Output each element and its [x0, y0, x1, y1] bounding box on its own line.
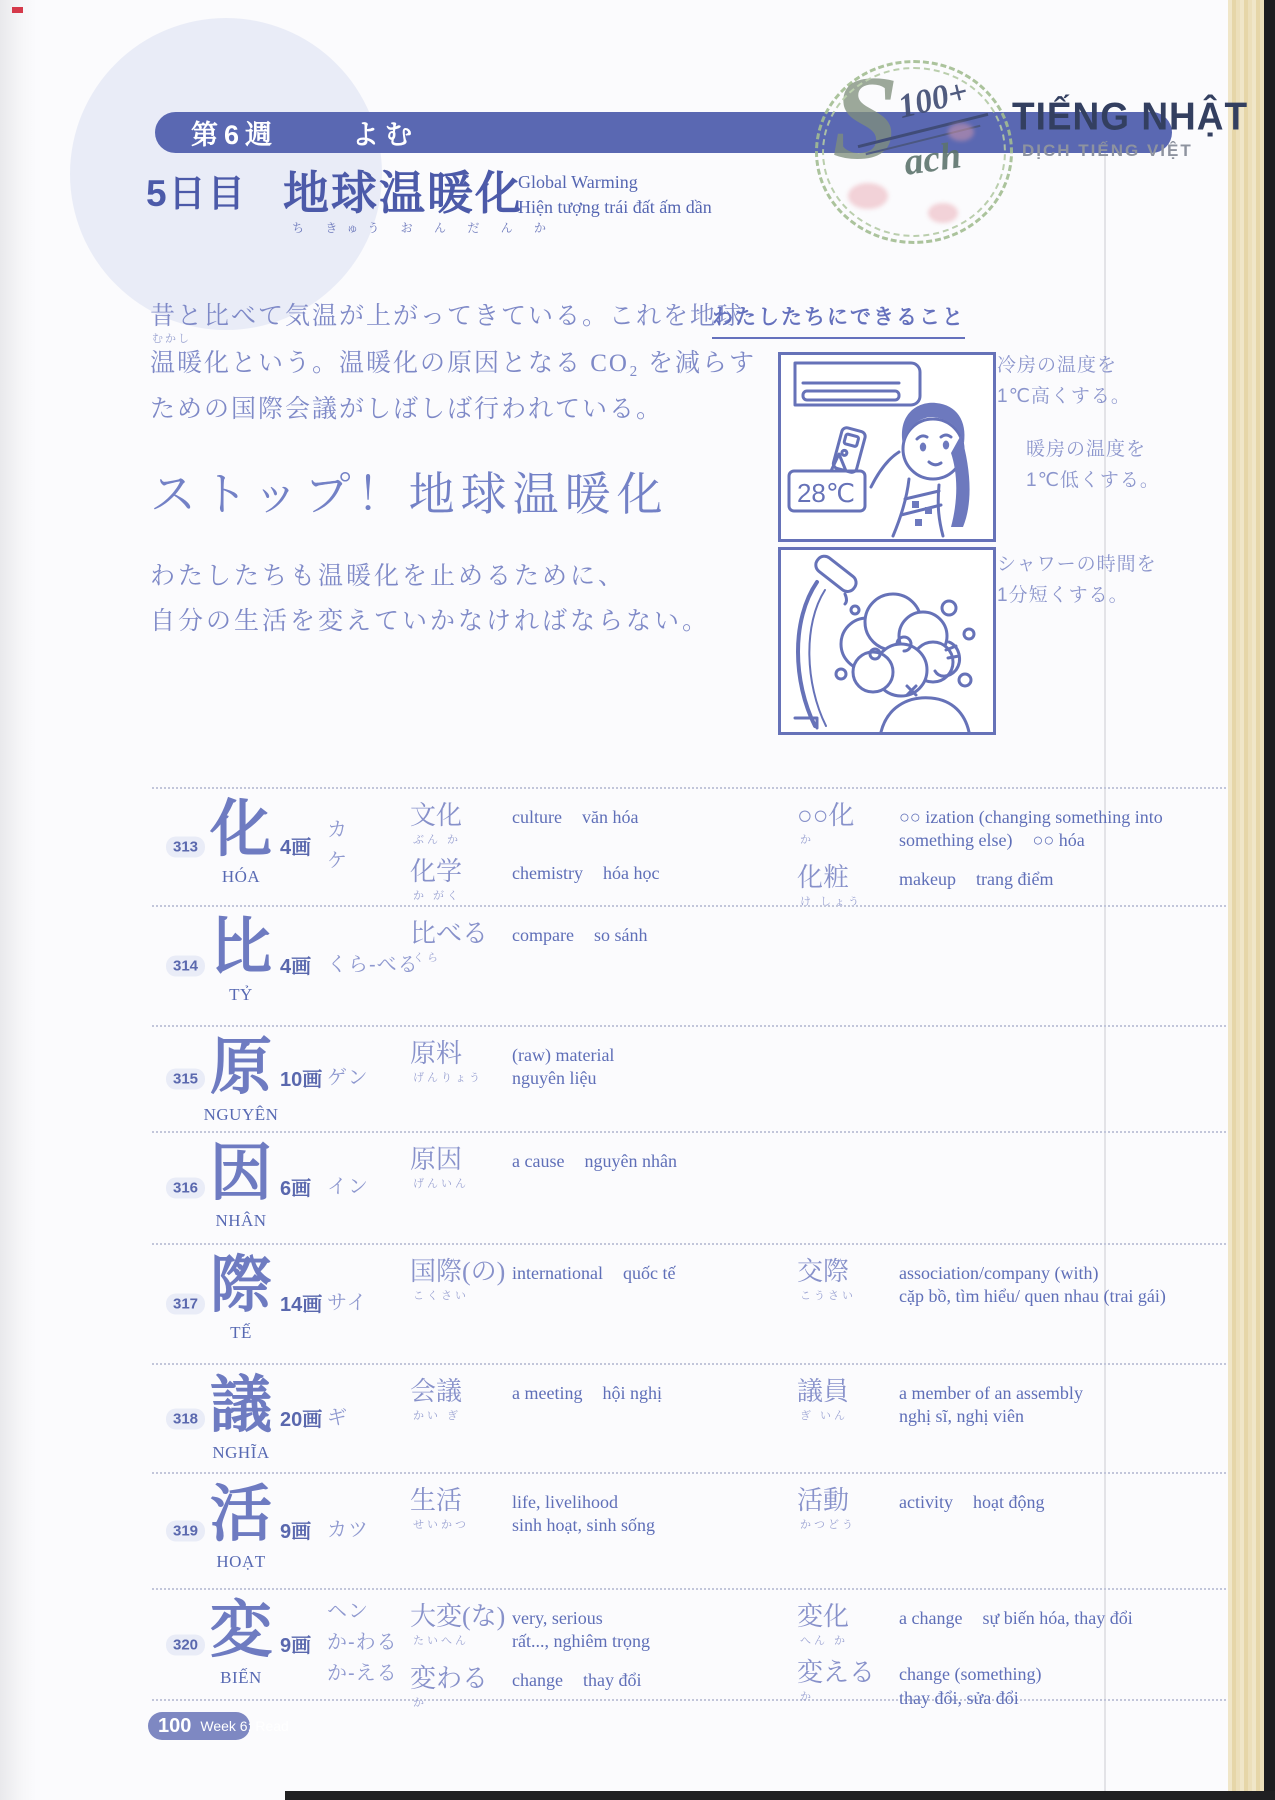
vocab-column: ○○化か○○ ization (changing something into … — [797, 801, 1230, 909]
stamp-s-letter: S — [832, 49, 899, 187]
vocab-word: 化粧 — [797, 863, 899, 892]
vocab-column: 文化ぶん かculturevăn hóa化学か がくchemistryhóa h… — [410, 801, 796, 903]
tip-shower: シャワーの時間を 1分短くする。 — [997, 549, 1157, 611]
vocab-meaning: compareso sánh — [512, 919, 796, 965]
vocab-furigana: ぶん か — [410, 831, 512, 847]
vocab-meaning-en: culture — [512, 807, 562, 827]
kanji-hanviet: BIẾN — [188, 1668, 294, 1688]
vocab-meaning: internationalquốc tế — [512, 1257, 796, 1303]
kanji-readings: くら-べる — [327, 950, 419, 981]
vocab-meaning-vi: nguyên liệu — [512, 1067, 796, 1090]
intro-line-1: 昔と比べて気温が上がってきている。これを地球 — [150, 296, 744, 332]
kanji-stroke-count: 4画 — [280, 950, 311, 979]
vocab-word: ○○化 — [797, 801, 899, 830]
tip-heating-line1: 暖房の温度を — [1026, 434, 1160, 465]
section-label: よむ — [352, 113, 418, 152]
vocab-column: 会議かい ぎa meetinghội nghị — [410, 1377, 796, 1423]
vocab-word-block: 活動かつどう — [797, 1486, 899, 1532]
vocab-furigana: かつどう — [797, 1516, 899, 1532]
tip-cooling-line1: 冷房の温度を — [997, 350, 1131, 381]
kanji-hanviet: HÓA — [188, 867, 294, 887]
vocab-column: 交際こうさいassociation/company (with)cặp bồ, … — [797, 1257, 1230, 1309]
vocab-entry: 国際(の)こくさいinternationalquốc tế — [410, 1257, 796, 1303]
kanji-row: 319活HOẠT9画カツ生活せいかつlife, livelihoodsinh h… — [152, 1472, 1230, 1588]
vocab-meaning-vi: sinh hoạt, sinh sống — [512, 1514, 796, 1537]
kanji-stroke-count: 20画 — [280, 1403, 322, 1432]
intro-line-5: 自分の生活を変えていかなければならない。 — [150, 601, 710, 637]
vocab-word-block: 文化ぶん か — [410, 801, 512, 847]
page-title-vietnamese: Hiện tượng trái đất ấm dần — [518, 197, 712, 218]
vocab-furigana: げんりょう — [410, 1069, 512, 1085]
vocab-furigana: へん か — [797, 1632, 899, 1648]
kanji-reading: カ — [327, 815, 348, 846]
vocab-word-block: 変えるか — [797, 1658, 899, 1710]
vocab-column: 大変(な)たいへんvery, seriousrất..., nghiêm trọ… — [410, 1602, 796, 1710]
intro-line-4: わたしたちも温暖化を止めるために、 — [150, 556, 626, 592]
kanji-stroke-count: 9画 — [280, 1629, 311, 1658]
vocab-meaning-en: ○○ ization (changing something into some… — [899, 807, 1163, 850]
kanji-reading: カツ — [327, 1515, 369, 1546]
vocab-entry: 大変(な)たいへんvery, seriousrất..., nghiêm trọ… — [410, 1602, 796, 1654]
vocab-word-block: 変化へん か — [797, 1602, 899, 1648]
vocab-meaning-en: international — [512, 1263, 603, 1283]
kanji-stroke-count: 6画 — [280, 1172, 311, 1201]
vocab-entry: 変えるかchange (something)thay đổi, sửa đổi — [797, 1658, 1230, 1710]
vocab-word: 交際 — [797, 1257, 899, 1286]
vocab-meaning: (raw) materialnguyên liệu — [512, 1039, 796, 1091]
vocab-word: 原料 — [410, 1039, 512, 1068]
vocab-word-block: 国際(の)こくさい — [410, 1257, 512, 1303]
vocab-meaning: a meetinghội nghị — [512, 1377, 796, 1423]
vocab-meaning-en: makeup — [899, 869, 956, 889]
vocab-meaning-vi: ○○ hóa — [1032, 830, 1084, 850]
vocab-meaning-en: (raw) material — [512, 1044, 796, 1067]
vocab-word: 変わる — [410, 1664, 512, 1693]
vocab-furigana: かい ぎ — [410, 1407, 512, 1423]
scan-red-mark — [12, 7, 23, 13]
vocab-meaning: culturevăn hóa — [512, 801, 796, 847]
vocab-furigana: ぎ いん — [797, 1407, 899, 1423]
shower-illustration-box — [778, 547, 996, 735]
vocab-entry: 化学か がくchemistryhóa học — [410, 857, 796, 903]
vocab-word-block: 化学か がく — [410, 857, 512, 903]
footer-week-label: Week 6: Read — [200, 1718, 288, 1734]
vocab-word-block: 議員ぎ いん — [797, 1377, 899, 1429]
vocab-meaning-en: activity — [899, 1492, 953, 1512]
intro-line-2: 温暖化という。温暖化の原因となる CO₂ を減らす — [150, 343, 756, 379]
day-label: 5日目 — [146, 163, 247, 217]
kanji-glyph: 活 — [188, 1479, 294, 1552]
vocab-meaning: chemistryhóa học — [512, 857, 796, 903]
kanji-block: 変BIẾN — [188, 1595, 294, 1688]
vocab-meaning: association/company (with)cặp bồ, tìm hi… — [899, 1257, 1230, 1309]
vocab-word-block: 原料げんりょう — [410, 1039, 512, 1091]
vocab-word: 比べる — [410, 919, 512, 948]
kanji-readings: ヘンか-わるか-える — [327, 1596, 398, 1689]
kanji-readings: カツ — [327, 1515, 369, 1546]
vocab-word: 化学 — [410, 857, 512, 886]
vocab-entry: 活動かつどうactivityhoạt động — [797, 1486, 1230, 1532]
kanji-readings: ギ — [327, 1402, 348, 1433]
aircon-temperature-label: 28℃ — [797, 478, 855, 508]
vocab-entry: ○○化か○○ ization (changing something into … — [797, 801, 1230, 853]
tips-heading: わたしたちにできること — [712, 301, 965, 339]
vocab-meaning: changethay đổi — [512, 1664, 796, 1710]
vocab-word-block: 原因げんいん — [410, 1145, 512, 1191]
book-page: 第6週 よむ 5日目 地球温暖化 ち きゅう お ん だ ん か Global … — [0, 0, 1275, 1800]
vocab-entry: 比べるくらcompareso sánh — [410, 919, 796, 965]
vocab-entry: 生活せいかつlife, livelihoodsinh hoạt, sinh số… — [410, 1486, 796, 1538]
kanji-readings: イン — [327, 1172, 369, 1203]
vocab-word: 活動 — [797, 1486, 899, 1515]
vocab-meaning-en: life, livelihood — [512, 1491, 796, 1514]
vocab-meaning: a changesự biến hóa, thay đổi — [899, 1602, 1230, 1648]
vocab-meaning-en: a cause — [512, 1151, 564, 1171]
vocab-column: 原因げんいんa causenguyên nhân — [410, 1145, 796, 1191]
vocab-word-block: ○○化か — [797, 801, 899, 853]
kanji-row: 318議NGHĨA20画ギ会議かい ぎa meetinghội nghị議員ぎ … — [152, 1363, 1230, 1472]
stamp-speckle — [928, 203, 958, 223]
vocab-entry: 変化へん かa changesự biến hóa, thay đổi — [797, 1602, 1230, 1648]
vocab-meaning-en: compare — [512, 925, 574, 945]
page-title-furigana: ち きゅう お ん だ ん か — [292, 219, 555, 236]
stamp-strike-line-2 — [866, 125, 981, 155]
stamp-script-text: ach — [901, 133, 964, 185]
tip-cooling-line2: 1℃高くする。 — [997, 381, 1131, 412]
kanji-hanviet: HOẠT — [188, 1552, 294, 1572]
vocab-furigana: たいへん — [410, 1632, 512, 1648]
stamp-strike-line — [858, 113, 989, 148]
kanji-reading: くら-べる — [327, 950, 419, 981]
vocab-meaning-en: association/company (with) — [899, 1262, 1230, 1285]
kanji-glyph: 比 — [188, 912, 294, 985]
page-title: 地球温暖化 — [283, 157, 523, 223]
kanji-hanviet: TẾ — [188, 1323, 294, 1343]
kanji-stroke-count: 9画 — [280, 1515, 311, 1544]
vocab-word-block: 交際こうさい — [797, 1257, 899, 1309]
vocab-meaning-vi: sự biến hóa, thay đổi — [982, 1608, 1132, 1628]
vocab-word-block: 比べるくら — [410, 919, 512, 965]
kanji-hanviet: TỶ — [188, 985, 294, 1005]
shower-illustration — [781, 550, 993, 732]
kanji-row: 316因NHÂN6画イン原因げんいんa causenguyên nhân — [152, 1131, 1230, 1243]
kanji-reading: ギ — [327, 1402, 348, 1433]
vocab-meaning-vi: so sánh — [594, 925, 648, 945]
vocab-meaning-en: change (something) — [899, 1663, 1230, 1686]
vocab-meaning: change (something)thay đổi, sửa đổi — [899, 1658, 1230, 1710]
kanji-reading: か-わる — [327, 1627, 398, 1658]
vocab-furigana: か がく — [410, 887, 512, 903]
vocab-meaning-en: chemistry — [512, 863, 583, 883]
kanji-stroke-count: 14画 — [280, 1288, 322, 1317]
vocab-word: 原因 — [410, 1145, 512, 1174]
vocab-meaning: very, seriousrất..., nghiêm trọng — [512, 1602, 796, 1654]
vocab-meaning-vi: trang điểm — [976, 869, 1053, 889]
kanji-hanviet: NGHĨA — [188, 1443, 294, 1463]
vocab-word-block: 化粧け しょう — [797, 863, 899, 909]
stamp-number: 100+ — [894, 73, 971, 127]
kanji-stroke-count: 10画 — [280, 1063, 322, 1092]
vocab-word: 議員 — [797, 1377, 899, 1406]
vocab-column: 活動かつどうactivityhoạt động — [797, 1486, 1230, 1532]
scan-black-edge-right — [1264, 0, 1275, 1800]
kanji-reading: サイ — [327, 1288, 368, 1319]
vocab-meaning: ○○ ization (changing something into some… — [899, 801, 1230, 853]
kanji-block: 原NGUYÊN — [188, 1032, 294, 1125]
vocab-entry: 化粧け しょうmakeuptrang điểm — [797, 863, 1230, 909]
vocab-meaning-vi: hội nghị — [602, 1383, 662, 1403]
kanji-readings: カケ — [327, 815, 348, 877]
kanji-reading: か-える — [327, 1658, 398, 1689]
vocab-meaning-vi: quốc tế — [623, 1263, 675, 1283]
vocab-word-block: 生活せいかつ — [410, 1486, 512, 1538]
vocab-word: 国際(の) — [410, 1257, 512, 1286]
kanji-stroke-count: 4画 — [280, 831, 311, 860]
vocab-word: 生活 — [410, 1486, 512, 1515]
vocab-furigana: か — [797, 831, 899, 847]
kanji-glyph: 因 — [188, 1138, 294, 1211]
kanji-glyph: 議 — [188, 1370, 294, 1443]
vocab-word-block: 変わるか — [410, 1664, 512, 1710]
vocab-meaning-vi: cặp bồ, tìm hiểu/ quen nhau (trai gái) — [899, 1285, 1230, 1308]
book-page-edge — [1228, 0, 1264, 1800]
kanji-block: 比TỶ — [188, 912, 294, 1005]
tip-cooling: 冷房の温度を 1℃高くする。 — [997, 350, 1131, 412]
kanji-row: 315原NGUYÊN10画ゲン原料げんりょう(raw) materialnguy… — [152, 1025, 1230, 1131]
page-left-shade — [0, 0, 36, 1800]
scan-black-edge-bottom — [285, 1791, 1275, 1800]
kanji-reading: ヘン — [327, 1596, 398, 1627]
vocab-column: 変化へん かa changesự biến hóa, thay đổi変えるかc… — [797, 1602, 1230, 1710]
vocab-meaning: activityhoạt động — [899, 1486, 1230, 1532]
vocab-meaning: a member of an assemblynghị sĩ, nghị viê… — [899, 1377, 1230, 1429]
kanji-glyph: 際 — [188, 1250, 294, 1323]
vocab-word: 変える — [797, 1658, 899, 1687]
tip-heating: 暖房の温度を 1℃低くする。 — [1026, 434, 1160, 496]
kanji-row: 314比TỶ4画くら-べる比べるくらcompareso sánh — [152, 905, 1230, 1025]
aircon-illustration: 28℃ — [781, 355, 993, 539]
vocab-furigana: げんいん — [410, 1175, 512, 1191]
kanji-block: 際TẾ — [188, 1250, 294, 1343]
vocab-meaning-vi: nguyên nhân — [584, 1151, 676, 1171]
kanji-hanviet: NHÂN — [188, 1211, 294, 1231]
vocab-meaning: life, livelihoodsinh hoạt, sinh sống — [512, 1486, 796, 1538]
kanji-glyph: 変 — [188, 1595, 294, 1668]
vocab-word: 大変(な) — [410, 1602, 512, 1631]
vocab-furigana: か — [797, 1688, 899, 1704]
kanji-readings: サイ — [327, 1288, 368, 1319]
kanji-row: 320変BIẾN9画ヘンか-わるか-える大変(な)たいへんvery, serio… — [152, 1588, 1230, 1701]
vocab-meaning-vi: thay đổi — [583, 1670, 642, 1690]
vocab-word: 変化 — [797, 1602, 899, 1631]
vocab-entry: 文化ぶん かculturevăn hóa — [410, 801, 796, 847]
vocab-furigana: こうさい — [797, 1287, 899, 1303]
kanji-glyph: 原 — [188, 1032, 294, 1105]
tip-shower-line1: シャワーの時間を — [997, 549, 1157, 580]
vocab-meaning-en: a member of an assembly — [899, 1382, 1230, 1405]
stop-global-warming-headline: ストップ！地球温暖化 — [150, 458, 669, 524]
kanji-hanviet: NGUYÊN — [188, 1105, 294, 1125]
kanji-reading: ケ — [327, 846, 348, 877]
vocab-entry: 変わるかchangethay đổi — [410, 1664, 796, 1710]
vocab-word-block: 大変(な)たいへん — [410, 1602, 512, 1654]
watermark-brand: TIẾNG NHẬT — [1012, 95, 1248, 140]
vocab-entry: 議員ぎ いんa member of an assemblynghị sĩ, ng… — [797, 1377, 1230, 1429]
kanji-block: 議NGHĨA — [188, 1370, 294, 1463]
kanji-reading: イン — [327, 1172, 369, 1203]
kanji-block: 活HOẠT — [188, 1479, 294, 1572]
footer-page-number: 100 — [158, 1715, 191, 1738]
vocab-meaning-vi: hoạt động — [973, 1492, 1045, 1512]
vocab-column: 原料げんりょう(raw) materialnguyên liệu — [410, 1039, 796, 1091]
vocab-furigana: せいかつ — [410, 1516, 512, 1532]
kanji-readings: ゲン — [327, 1063, 369, 1094]
kanji-table: 313化HÓA4画カケ文化ぶん かculturevăn hóa化学か がくche… — [152, 787, 1230, 1701]
vocab-column: 比べるくらcompareso sánh — [410, 919, 796, 965]
vocab-meaning-en: a meeting — [512, 1383, 582, 1403]
kanji-reading: ゲン — [327, 1063, 369, 1094]
vocab-meaning-en: change — [512, 1670, 563, 1690]
vocab-entry: 原料げんりょう(raw) materialnguyên liệu — [410, 1039, 796, 1091]
week-label: 第6週 — [191, 113, 278, 152]
vocab-word: 会議 — [410, 1377, 512, 1406]
vocab-entry: 原因げんいんa causenguyên nhân — [410, 1145, 796, 1191]
vocab-meaning-vi: thay đổi, sửa đổi — [899, 1687, 1230, 1710]
kanji-row: 313化HÓA4画カケ文化ぶん かculturevăn hóa化学か がくche… — [152, 787, 1230, 905]
vocab-furigana: くら — [410, 949, 512, 965]
intro-line-3: ための国際会議がしばしば行われている。 — [150, 389, 663, 425]
vocab-word: 文化 — [410, 801, 512, 830]
footer-page-badge: 100 Week 6: Read — [148, 1712, 250, 1740]
kanji-block: 因NHÂN — [188, 1138, 294, 1231]
vocab-meaning-vi: rất..., nghiêm trọng — [512, 1630, 796, 1653]
vocab-meaning-vi: nghị sĩ, nghị viên — [899, 1405, 1230, 1428]
stamp-speckle — [948, 123, 974, 141]
vocab-entry: 会議かい ぎa meetinghội nghị — [410, 1377, 796, 1423]
stamp-speckle — [848, 183, 888, 209]
vocab-entry: 交際こうさいassociation/company (with)cặp bồ, … — [797, 1257, 1230, 1309]
vocab-column: 国際(の)こくさいinternationalquốc tế — [410, 1257, 796, 1303]
vocab-word-block: 会議かい ぎ — [410, 1377, 512, 1423]
vocab-meaning-vi: văn hóa — [582, 807, 638, 827]
vocab-column: 議員ぎ いんa member of an assemblynghị sĩ, ng… — [797, 1377, 1230, 1429]
vocab-column: 生活せいかつlife, livelihoodsinh hoạt, sinh số… — [410, 1486, 796, 1538]
vocab-meaning-en: very, serious — [512, 1607, 796, 1630]
vocab-furigana: か — [410, 1694, 512, 1710]
vocab-furigana: こくさい — [410, 1287, 512, 1303]
kanji-block: 化HÓA — [188, 794, 294, 887]
vocab-meaning-en: a change — [899, 1608, 962, 1628]
tip-heating-line2: 1℃低くする。 — [1026, 465, 1160, 496]
tip-shower-line2: 1分短くする。 — [997, 580, 1157, 611]
vocab-meaning: makeuptrang điểm — [899, 863, 1230, 909]
aircon-illustration-box: 28℃ — [778, 352, 996, 542]
page-title-english: Global Warming — [518, 172, 638, 193]
vocab-meaning-vi: hóa học — [603, 863, 659, 883]
kanji-glyph: 化 — [188, 794, 294, 867]
watermark-stamp: S 100+ ach — [815, 60, 1013, 244]
vocab-meaning: a causenguyên nhân — [512, 1145, 796, 1191]
watermark-subtitle: DỊCH TIẾNG VIỆT — [1022, 141, 1193, 161]
kanji-row: 317際TẾ14画サイ国際(の)こくさいinternationalquốc tế… — [152, 1243, 1230, 1363]
